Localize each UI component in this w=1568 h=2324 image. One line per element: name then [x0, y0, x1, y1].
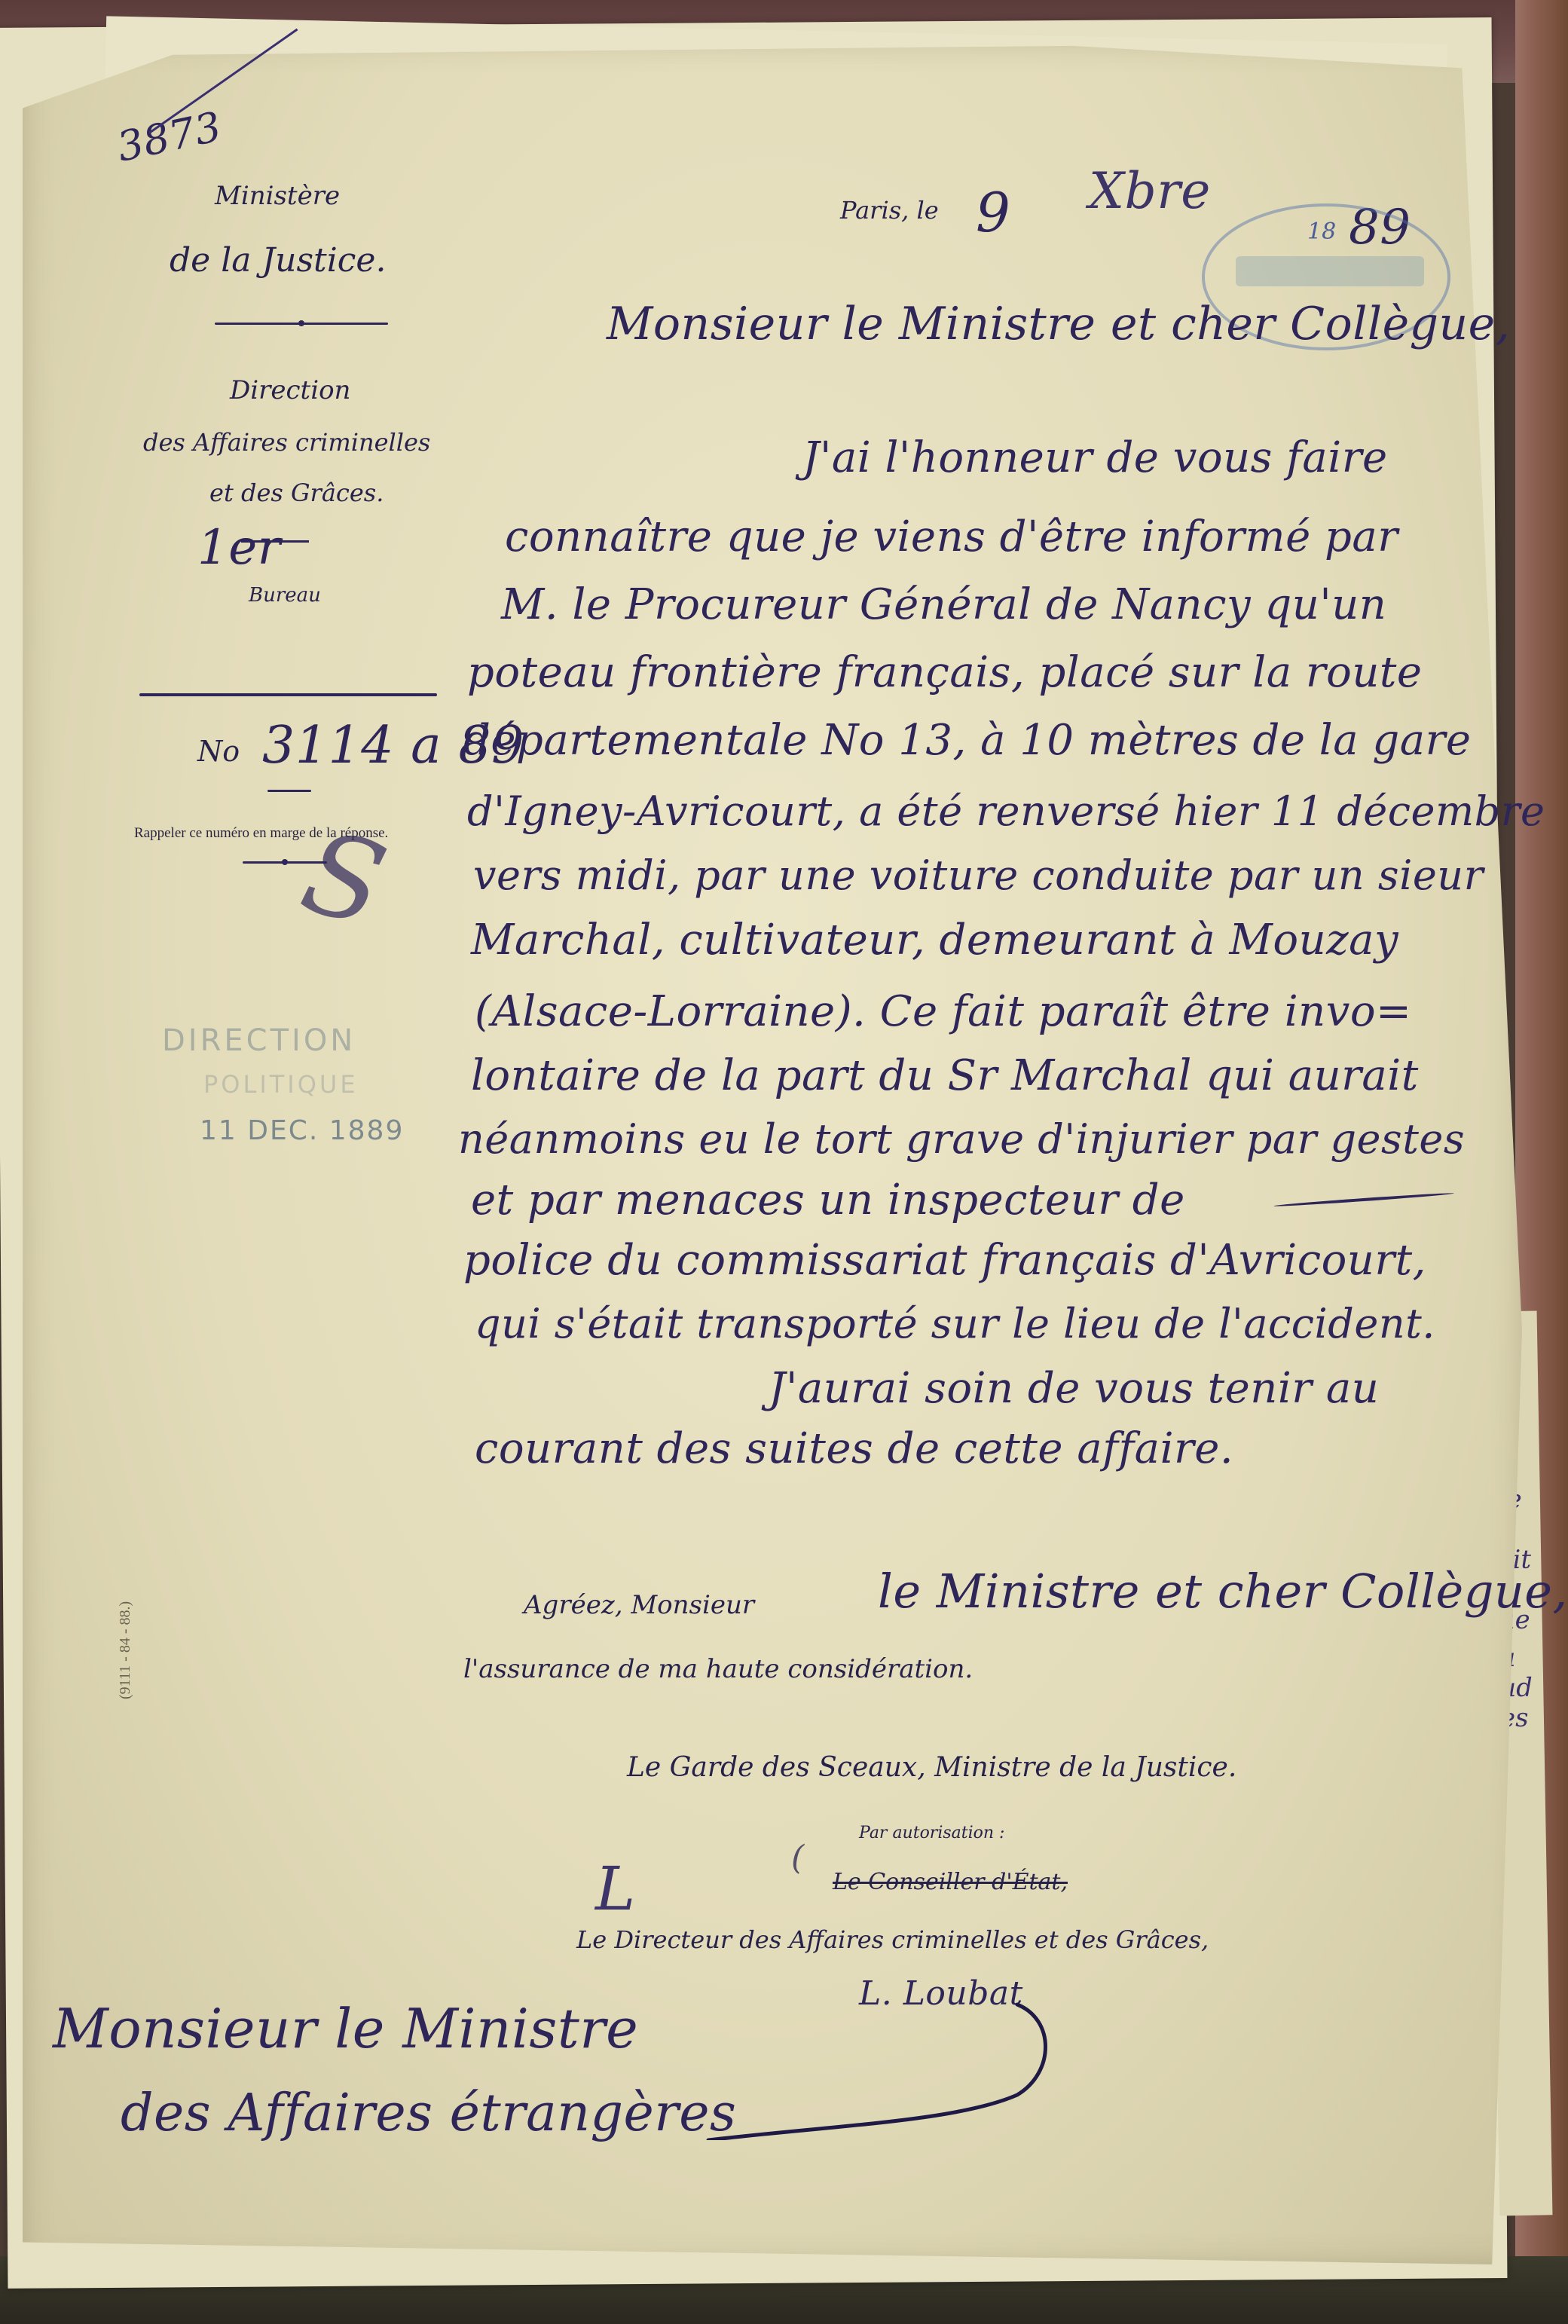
hand-mark-c: ( — [791, 1839, 805, 1877]
body-line: connaître que je viens d'être informé pa… — [505, 512, 1398, 561]
body-line: lontaire de la part du Sr Marchal qui au… — [471, 1051, 1419, 1100]
margin-print-code: (9111 - 84 - 88.) — [117, 1601, 134, 1699]
ministry-line1: Ministère — [215, 181, 340, 211]
signature-flourish — [701, 1989, 1108, 2140]
direction-line1: Direction — [230, 375, 350, 405]
bureau-label: Bureau — [249, 584, 321, 607]
signature-director-title: Le Directeur des Affaires criminelles et… — [576, 1925, 1209, 1954]
closing-hand-insert: le Ministre et cher Collègue, — [878, 1564, 1568, 1619]
stamp-line2: POLITIQUE — [203, 1070, 359, 1099]
body-line: police du commissariat français d'Avrico… — [463, 1236, 1426, 1285]
body-line: J'ai l'honneur de vous faire — [802, 433, 1388, 482]
body-line: (Alsace-Lorraine). Ce fait paraît être i… — [475, 987, 1411, 1036]
body-line: et par menaces un inspecteur de — [471, 1176, 1185, 1225]
dateline-month: Xbre — [1089, 162, 1211, 220]
stamp-date: 11 DEC. 1889 — [200, 1115, 404, 1146]
bureau-underline — [241, 540, 309, 543]
ref-rule-small — [267, 790, 311, 792]
bureau-number: 1er — [197, 520, 281, 576]
ref-rule-top — [139, 693, 437, 696]
dateline-place: Paris, le — [840, 196, 939, 225]
closing-body-line: courant des suites de cette affaire. — [475, 1424, 1233, 1473]
ornamental-divider — [215, 323, 388, 325]
addressee-line2: des Affaires étrangères — [121, 2084, 736, 2143]
hand-mark-le: L — [595, 1854, 636, 1924]
body-line: néanmoins eu le tort grave d'injurier pa… — [458, 1115, 1465, 1163]
signature-struck-title: Le Conseiller d'État, — [833, 1869, 1068, 1895]
body-line: départementale No 13, à 10 mètres de la … — [463, 716, 1472, 765]
body-line: M. le Procureur Général de Nancy qu'un — [501, 580, 1386, 629]
salutation: Monsieur le Ministre et cher Collègue, — [607, 298, 1510, 350]
closing-printed-line2: l'assurance de ma haute considération. — [463, 1654, 973, 1684]
closing-printed-start: Agréez, Monsieur — [524, 1590, 754, 1620]
direction-line3: et des Grâces. — [209, 479, 384, 507]
signature-title-line: Le Garde des Sceaux, Ministre de la Just… — [627, 1752, 1236, 1783]
signature-authorization: Par autorisation : — [859, 1824, 1004, 1842]
body-line: qui s'était transporté sur le lieu de l'… — [475, 1300, 1435, 1347]
body-line: poteau frontière français, placé sur la … — [467, 648, 1423, 697]
dateline-day: 9 — [976, 181, 1010, 244]
body-line: Marchal, cultivateur, demeurant à Mouzay — [471, 916, 1398, 965]
stamp-line1: DIRECTION — [162, 1023, 356, 1058]
closing-body-line: J'aurai soin de vous tenir au — [769, 1364, 1379, 1413]
addressee-line1: Monsieur le Ministre — [53, 1997, 638, 2060]
body-line: vers midi, par une voiture conduite par … — [473, 852, 1484, 899]
ref-prefix: No — [197, 735, 240, 768]
direction-line2: des Affaires criminelles — [143, 428, 430, 457]
ministry-line2: de la Justice. — [170, 241, 386, 280]
body-line: d'Igney-Avricourt, a été renversé hier 1… — [467, 787, 1545, 835]
received-stamp-band — [1236, 256, 1424, 286]
